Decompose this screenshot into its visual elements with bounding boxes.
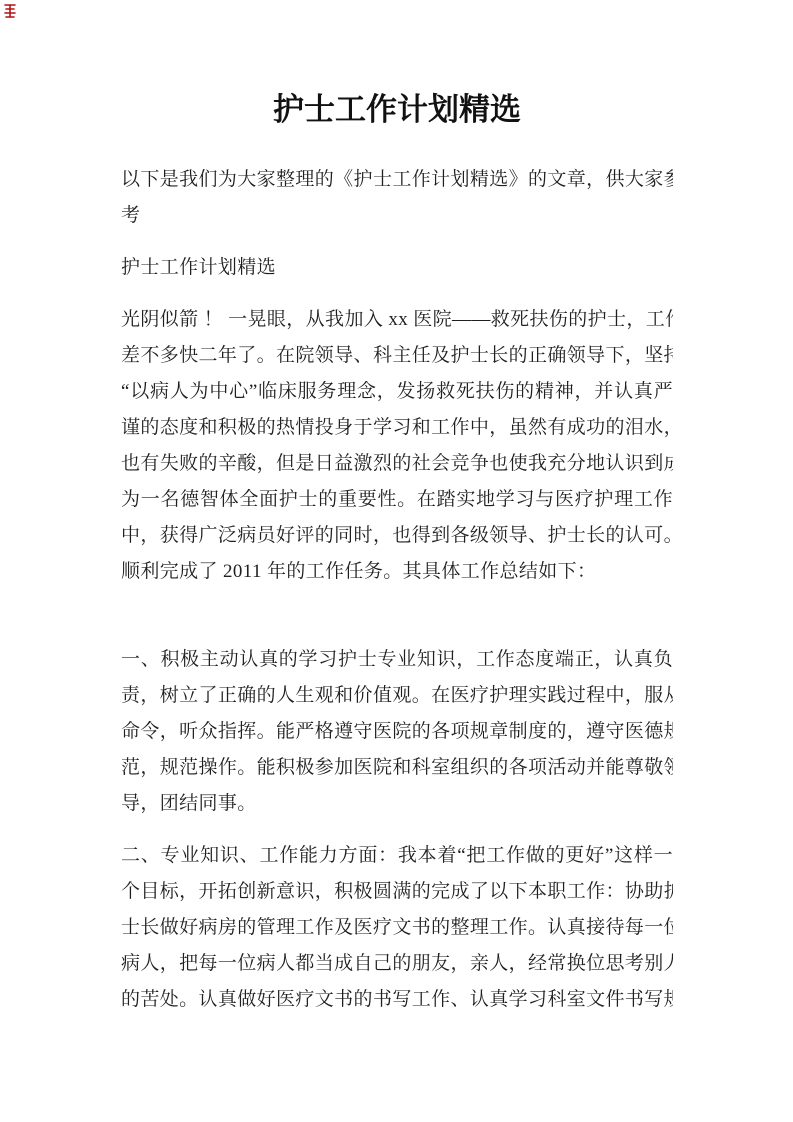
paragraph-spacer: [121, 606, 673, 642]
paragraph-intro: 以下是我们为大家整理的《护士工作计划精选》的文章，供大家参考: [121, 162, 673, 234]
paragraph-line: 范，规范操作。能积极参加医院和科室组织的各项活动并能尊敬领: [121, 750, 673, 786]
paragraph-line: “以病人为中心”临床服务理念，发扬救死扶伤的精神，并认真严: [121, 374, 673, 410]
document-title: 护士工作计划精选: [121, 88, 673, 132]
paragraph-line: 的苦处。认真做好医疗文书的书写工作、认真学习科室文件书写规: [121, 982, 673, 1018]
red-corner-mark-icon: [3, 2, 17, 19]
document-page: 护士工作计划精选 以下是我们为大家整理的《护士工作计划精选》的文章，供大家参考护…: [0, 0, 793, 1122]
paragraph-subtitle: 护士工作计划精选: [121, 250, 673, 286]
paragraph-line: 谨的态度和积极的热情投身于学习和工作中，虽然有成功的泪水，: [121, 410, 673, 446]
paragraph-line: 中，获得广泛病员好评的同时，也得到各级领导、护士长的认可。: [121, 518, 673, 554]
paragraph-line: 光阴似箭 ！ 一晃眼，从我加入 xx 医院——救死扶伤的护士，工作: [121, 302, 673, 338]
paragraph-line: 导，团结同事。: [121, 786, 673, 822]
paragraph-line: 以下是我们为大家整理的《护士工作计划精选》的文章，供大家参: [121, 162, 673, 198]
paragraph-line: 为一名德智体全面护士的重要性。在踏实地学习与医疗护理工作: [121, 482, 673, 518]
document-content: 护士工作计划精选 以下是我们为大家整理的《护士工作计划精选》的文章，供大家参考护…: [121, 88, 673, 1034]
paragraph-line: [121, 606, 673, 642]
paragraph-body-3: 二、专业知识、工作能力方面：我本着“把工作做的更好”这样一个目标，开拓创新意识，…: [121, 838, 673, 1018]
paragraph-line: 病人，把每一位病人都当成自己的朋友，亲人，经常换位思考别人: [121, 946, 673, 982]
paragraph-line: 责，树立了正确的人生观和价值观。在医疗护理实践过程中，服从: [121, 678, 673, 714]
paragraph-line: 也有失败的辛酸，但是日益激烈的社会竞争也使我充分地认识到成: [121, 446, 673, 482]
paragraph-line: 二、专业知识、工作能力方面：我本着“把工作做的更好”这样一: [121, 838, 673, 874]
paragraph-line: 考: [121, 198, 673, 234]
paragraph-line: 个目标，开拓创新意识，积极圆满的完成了以下本职工作：协助护: [121, 874, 673, 910]
paragraph-body-2: 一、积极主动认真的学习护士专业知识，工作态度端正，认真负责，树立了正确的人生观和…: [121, 642, 673, 822]
paragraph-line: 士长做好病房的管理工作及医疗文书的整理工作。认真接待每一位: [121, 910, 673, 946]
paragraph-line: 顺利完成了 2011 年的工作任务。其具体工作总结如下：: [121, 554, 673, 590]
document-body: 以下是我们为大家整理的《护士工作计划精选》的文章，供大家参考护士工作计划精选光阴…: [121, 162, 673, 1018]
paragraph-body-1: 光阴似箭 ！ 一晃眼，从我加入 xx 医院——救死扶伤的护士，工作差不多快二年了…: [121, 302, 673, 590]
paragraph-line: 一、积极主动认真的学习护士专业知识，工作态度端正，认真负: [121, 642, 673, 678]
paragraph-line: 护士工作计划精选: [121, 250, 673, 286]
paragraph-line: 命令，听众指挥。能严格遵守医院的各项规章制度的，遵守医德规: [121, 714, 673, 750]
paragraph-line: 差不多快二年了。在院领导、科主任及护士长的正确领导下，坚持: [121, 338, 673, 374]
